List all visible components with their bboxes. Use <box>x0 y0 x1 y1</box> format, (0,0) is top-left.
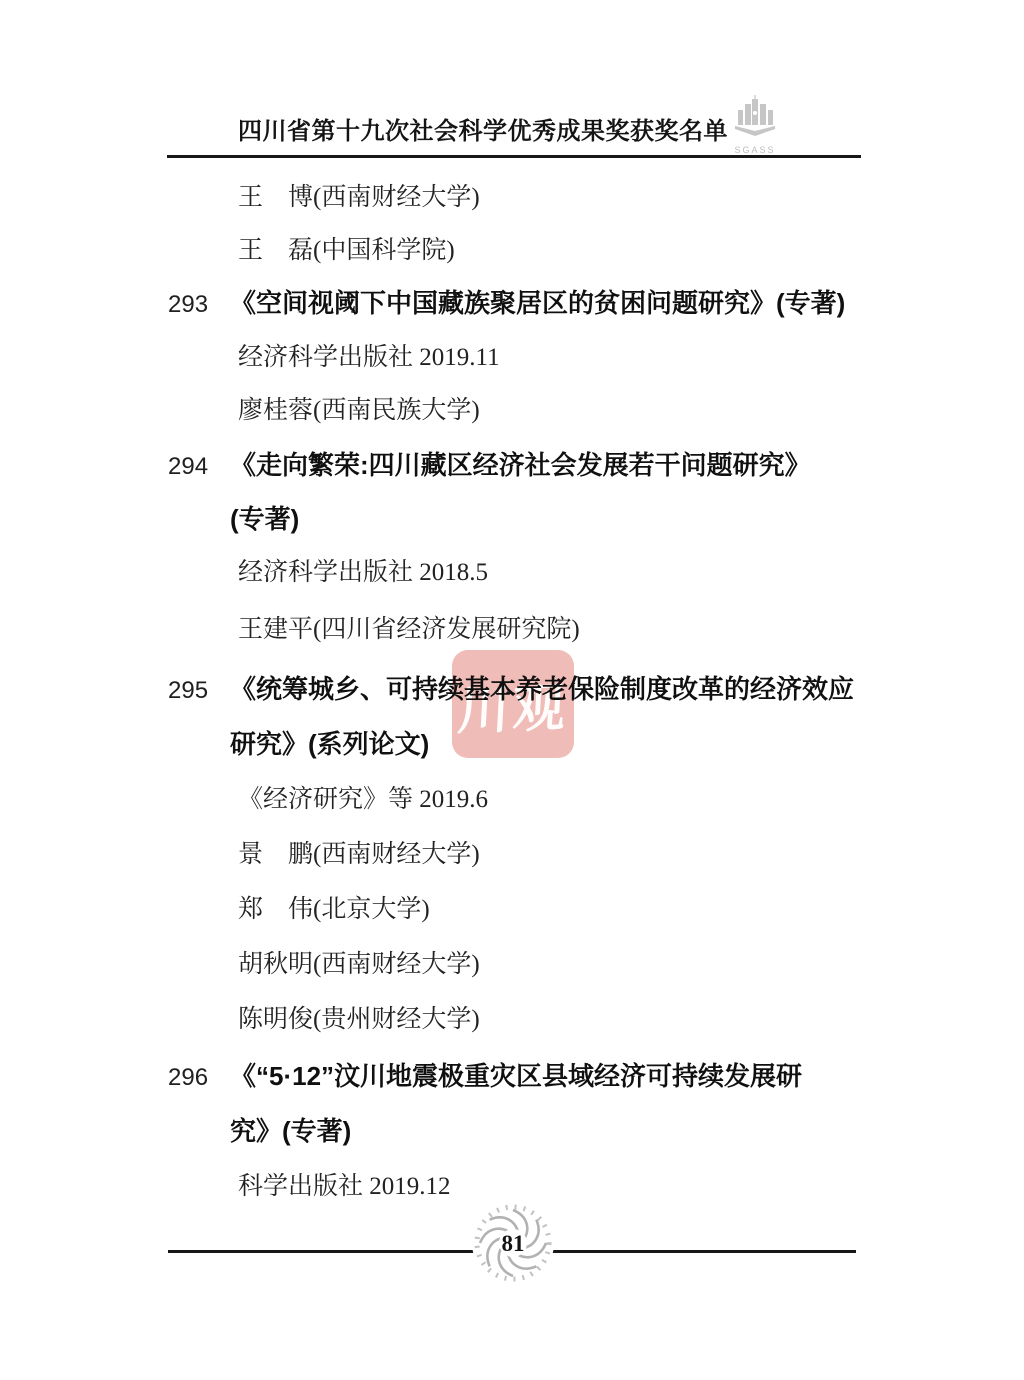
entry-title-continuation: 研究》(系列论文) <box>168 731 936 757</box>
author-line: 景 鹏(西南财经大学) <box>168 842 874 867</box>
author-text: 王 磊(中国科学院) <box>168 237 455 264</box>
entry-number: 295 <box>168 679 230 703</box>
entry-title: 《空间视阈下中国藏族聚居区的贫困问题研究》(专著) <box>230 288 845 318</box>
publisher-text: 《经济研究》等 2019.6 <box>168 786 488 813</box>
entry-title-continuation: (专著) <box>168 506 936 532</box>
entry-title: (专著) <box>230 504 299 534</box>
author-line: 胡秋明(西南财经大学) <box>168 952 874 977</box>
entry-number: 293 <box>168 293 230 317</box>
author-line: 王 磊(中国科学院) <box>168 238 874 263</box>
author-text: 王 博(西南财经大学) <box>168 184 480 211</box>
entry-number: 296 <box>168 1066 230 1090</box>
document-page: 四川省第十九次社会科学优秀成果奖获奖名单 SGASS 川观 王 博(西南财经大学… <box>0 0 1024 1380</box>
publisher-line: 经济科学出版社 2018.5 <box>168 560 874 585</box>
entry-title: 《走向繁荣:四川藏区经济社会发展若干问题研究》 <box>230 450 811 480</box>
author-line: 王 博(西南财经大学) <box>168 185 874 210</box>
author-text: 廖桂蓉(西南民族大学) <box>168 397 480 424</box>
publisher-line: 《经济研究》等 2019.6 <box>168 787 874 812</box>
page-number-ornament: 81 <box>471 1201 555 1290</box>
rosette-icon: 81 <box>471 1201 555 1285</box>
publisher-line: 科学出版社 2019.12 <box>168 1174 874 1199</box>
author-text: 郑 伟(北京大学) <box>168 896 430 923</box>
author-text: 景 鹏(西南财经大学) <box>168 841 480 868</box>
header-divider-line <box>167 155 861 158</box>
publisher-text: 经济科学出版社 2018.5 <box>168 559 488 586</box>
page-header-title: 四川省第十九次社会科学优秀成果奖获奖名单 <box>238 111 728 146</box>
author-line: 陈明俊(贵州财经大学) <box>168 1007 874 1032</box>
entry-row: 294《走向繁荣:四川藏区经济社会发展若干问题研究》 <box>168 452 874 479</box>
publisher-line: 经济科学出版社 2019.11 <box>168 345 874 370</box>
author-line: 廖桂蓉(西南民族大学) <box>168 398 874 423</box>
page-number: 81 <box>502 1231 525 1256</box>
entry-title: 《统筹城乡、可持续基本养老保险制度改革的经济效应 <box>230 674 854 704</box>
entry-title: 研究》(系列论文) <box>230 729 429 759</box>
author-text: 胡秋明(西南财经大学) <box>168 951 480 978</box>
publisher-text: 经济科学出版社 2019.11 <box>168 344 500 371</box>
entry-row: 296《“5·12”汶川地震极重灾区县域经济可持续发展研 <box>168 1063 874 1090</box>
entry-row: 293《空间视阈下中国藏族聚居区的贫困问题研究》(专著) <box>168 290 874 317</box>
author-line: 王建平(四川省经济发展研究院) <box>168 617 874 642</box>
author-line: 郑 伟(北京大学) <box>168 897 874 922</box>
entry-number: 294 <box>168 455 230 479</box>
entry-row: 295《统筹城乡、可持续基本养老保险制度改革的经济效应 <box>168 676 874 703</box>
sgass-logo: SGASS <box>729 95 781 155</box>
author-text: 王建平(四川省经济发展研究院) <box>168 616 580 643</box>
publisher-text: 科学出版社 2019.12 <box>168 1173 451 1200</box>
entry-title-continuation: 究》(专著) <box>168 1118 936 1144</box>
sgass-logo-label: SGASS <box>729 145 781 155</box>
entry-title: 究》(专著) <box>230 1116 351 1146</box>
sgass-logo-icon <box>731 95 779 139</box>
entry-title: 《“5·12”汶川地震极重灾区县域经济可持续发展研 <box>230 1061 802 1091</box>
author-text: 陈明俊(贵州财经大学) <box>168 1006 480 1033</box>
